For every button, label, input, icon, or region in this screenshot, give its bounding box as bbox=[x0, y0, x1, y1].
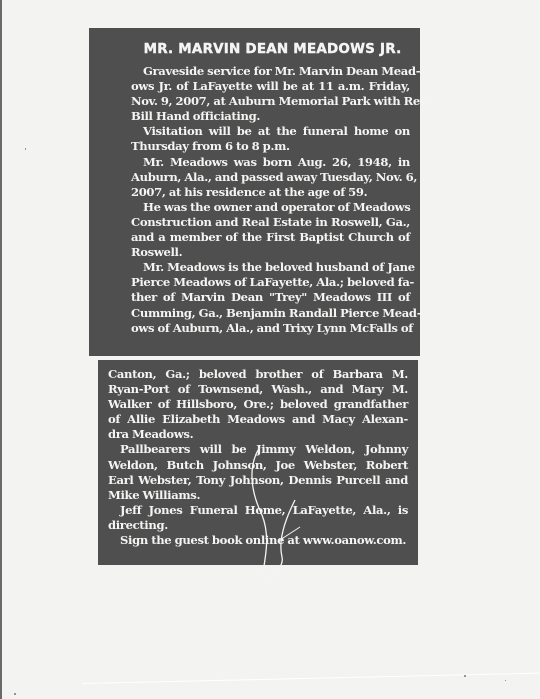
obituary-body-part2: Canton, Ga.; beloved brother of Barbara … bbox=[108, 367, 408, 548]
text-line: Weldon, Butch Johnson, Joe Webster, Robe… bbox=[108, 458, 408, 473]
text-line: Auburn, Ala., and passed away Tuesday, N… bbox=[131, 170, 410, 185]
text-line: He was the owner and operator of Meadows bbox=[131, 200, 410, 215]
text-line: Construction and Real Estate in Roswell,… bbox=[131, 215, 410, 230]
text-line: Bill Hand officiating. bbox=[131, 109, 410, 124]
scan-speck bbox=[14, 693, 16, 695]
text-line: Mr. Meadows is the beloved husband of Ja… bbox=[131, 260, 410, 275]
text-line: Mr. Meadows was born Aug. 26, 1948, in bbox=[131, 155, 410, 170]
text-line: directing. bbox=[108, 518, 408, 533]
text-line: Earl Webster, Tony Johnson, Dennis Purce… bbox=[108, 473, 408, 488]
obituary-paragraph: Mr. Meadows was born Aug. 26, 1948, inAu… bbox=[131, 155, 410, 200]
obituary-paragraph: Sign the guest book online at www.oanow.… bbox=[108, 533, 408, 548]
text-line: Cumming, Ga., Benjamin Randall Pierce Me… bbox=[131, 306, 410, 321]
text-line: Graveside service for Mr. Marvin Dean Me… bbox=[131, 64, 410, 79]
scan-speck bbox=[505, 680, 506, 681]
obituary-paragraph: Canton, Ga.; beloved brother of Barbara … bbox=[108, 367, 408, 442]
text-line: Canton, Ga.; beloved brother of Barbara … bbox=[108, 367, 408, 382]
text-line: Thursday from 6 to 8 p.m. bbox=[131, 139, 410, 154]
text-line: Pierce Meadows of LaFayette, Ala.; belov… bbox=[131, 275, 410, 290]
text-line: dra Meadows. bbox=[108, 427, 408, 442]
scan-speck bbox=[25, 148, 26, 150]
text-line: Visitation will be at the funeral home o… bbox=[131, 124, 410, 139]
text-line: Mike Williams. bbox=[108, 488, 408, 503]
text-line: Nov. 9, 2007, at Auburn Memorial Park wi… bbox=[131, 94, 410, 109]
obituary-clipping-top: MR. MARVIN DEAN MEADOWS JR. Graveside se… bbox=[89, 28, 420, 356]
obituary-paragraph: Visitation will be at the funeral home o… bbox=[131, 124, 410, 154]
obituary-headline: MR. MARVIN DEAN MEADOWS JR. bbox=[131, 41, 410, 57]
text-line: Jeff Jones Funeral Home, LaFayette, Ala.… bbox=[108, 503, 408, 518]
obituary-clipping-bottom: Canton, Ga.; beloved brother of Barbara … bbox=[98, 360, 418, 565]
scan-speck bbox=[464, 675, 466, 677]
scan-artifact-line bbox=[82, 673, 540, 684]
scan-edge bbox=[0, 0, 2, 699]
obituary-paragraph: He was the owner and operator of Meadows… bbox=[131, 200, 410, 260]
text-line: Ryan-Port of Townsend, Wash., and Mary M… bbox=[108, 382, 408, 397]
obituary-paragraph: Pallbearers will be Jimmy Weldon, Johnny… bbox=[108, 442, 408, 502]
text-line: ows Jr. of LaFayette will be at 11 a.m. … bbox=[131, 79, 410, 94]
text-line: Sign the guest book online at www.oanow.… bbox=[108, 533, 408, 548]
text-line: Pallbearers will be Jimmy Weldon, Johnny bbox=[108, 442, 408, 457]
text-line: Roswell. bbox=[131, 245, 410, 260]
text-line: and a member of the First Baptist Church… bbox=[131, 230, 410, 245]
obituary-paragraph: Graveside service for Mr. Marvin Dean Me… bbox=[131, 64, 410, 124]
text-line: ows of Auburn, Ala., and Trixy Lynn McFa… bbox=[131, 321, 410, 336]
obituary-body-part1: Graveside service for Mr. Marvin Dean Me… bbox=[131, 64, 410, 336]
text-line: ther of Marvin Dean "Trey" Meadows III o… bbox=[131, 290, 410, 305]
text-line: Walker of Hillsboro, Ore.; beloved grand… bbox=[108, 397, 408, 412]
obituary-paragraph: Mr. Meadows is the beloved husband of Ja… bbox=[131, 260, 410, 335]
obituary-paragraph: Jeff Jones Funeral Home, LaFayette, Ala.… bbox=[108, 503, 408, 533]
text-line: of Allie Elizabeth Meadows and Macy Alex… bbox=[108, 412, 408, 427]
text-line: 2007, at his residence at the age of 59. bbox=[131, 185, 410, 200]
